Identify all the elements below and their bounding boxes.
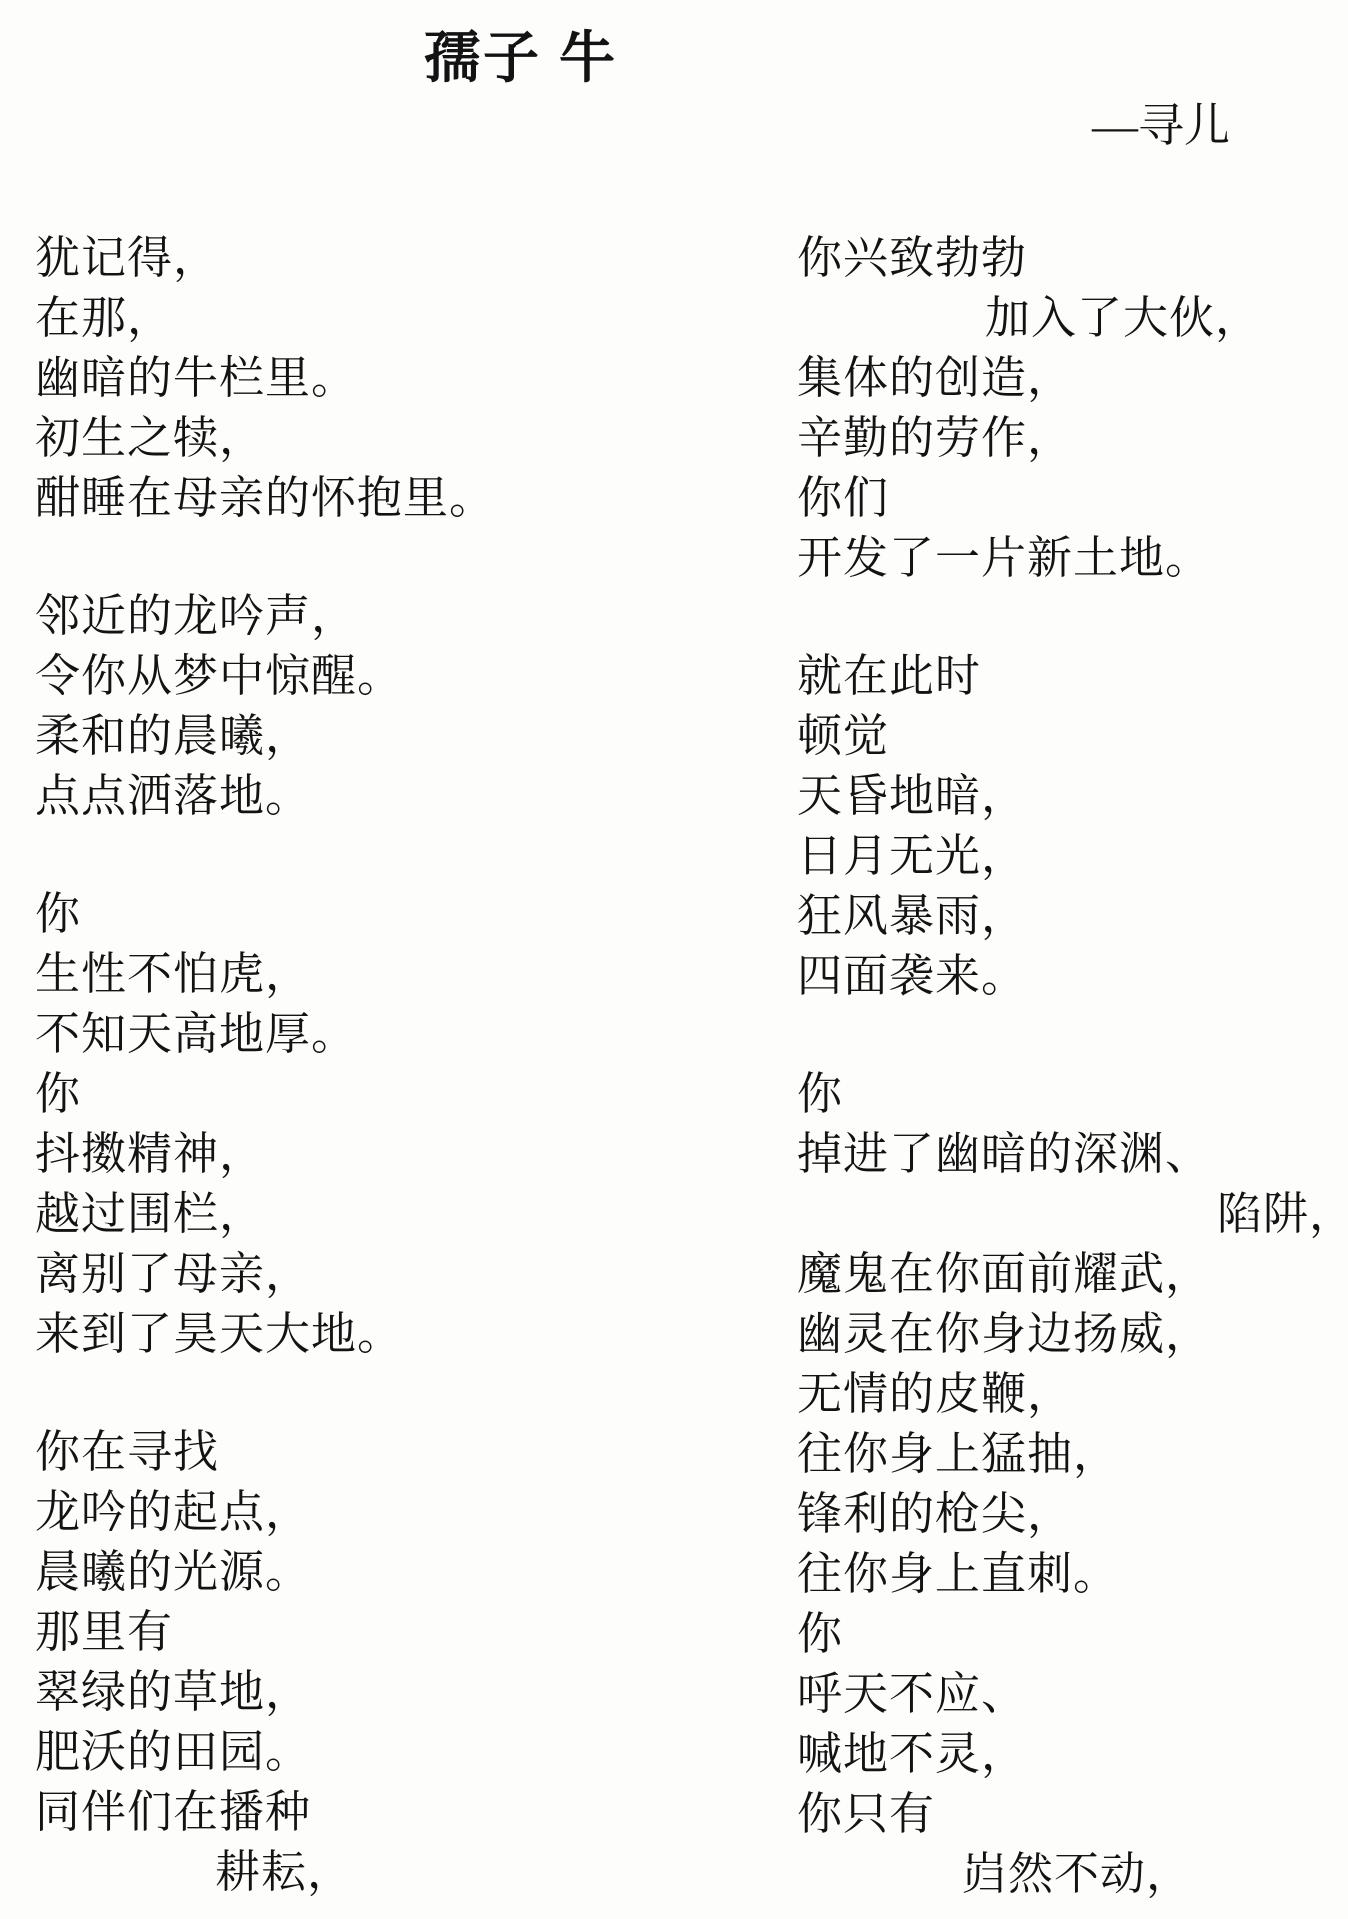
poem-line: 开发了一片新土地。 <box>797 528 1348 588</box>
poem-line: 你 <box>35 1064 495 1124</box>
poem-line: 你只有 <box>797 1784 1348 1844</box>
poem-line: 四面袭来。 <box>797 946 1348 1006</box>
poem-line: 生性不怕虎， <box>35 944 495 1004</box>
poem-line: 邻近的龙吟声， <box>35 586 495 646</box>
poem-line: 辛勤的劳作， <box>797 408 1348 468</box>
poem-line: 酣睡在母亲的怀抱里。 <box>35 468 495 528</box>
poem-line: 加入了大伙， <box>985 288 1348 348</box>
stanza-gap <box>35 1364 495 1422</box>
poem-line: 越过围栏， <box>35 1184 495 1244</box>
poem-line: 你在寻找 <box>35 1422 495 1482</box>
poem-line: 幽灵在你身边扬威， <box>797 1304 1348 1364</box>
poem-line: 你兴致勃勃 <box>797 228 1348 288</box>
stanza-gap <box>797 1006 1348 1064</box>
poem-line: 就在此时 <box>797 646 1348 706</box>
poem-line: 离别了母亲， <box>35 1244 495 1304</box>
poem-line: 抖擞精神， <box>35 1124 495 1184</box>
poem-line: 来到了昊天大地。 <box>35 1304 495 1364</box>
poem-line: 你们 <box>797 468 1348 528</box>
poem-line: 不知天高地厚。 <box>35 1004 495 1064</box>
poem-line: 幽暗的牛栏里。 <box>35 348 495 408</box>
poem-line: 你 <box>35 884 495 944</box>
poem-line: 肥沃的田园。 <box>35 1722 495 1782</box>
poem-line: 呼天不应、 <box>797 1664 1348 1724</box>
poem-line: 无情的皮鞭， <box>797 1364 1348 1424</box>
document-page: 孺子 牛 —寻儿 犹记得，在那，幽暗的牛栏里。初生之犊，酣睡在母亲的怀抱里。邻近… <box>0 0 1348 1919</box>
poem-line: 岿然不动， <box>962 1844 1348 1904</box>
stanza-gap <box>35 826 495 884</box>
poem-line: 魔鬼在你面前耀武， <box>797 1244 1348 1304</box>
poem-line: 令你从梦中惊醒。 <box>35 646 495 706</box>
poem-byline: —寻儿 <box>1092 98 1230 153</box>
poem-line: 往你身上直刺。 <box>797 1544 1348 1604</box>
poem-line: 翠绿的草地， <box>35 1662 495 1722</box>
poem-line: 那里有 <box>35 1602 495 1662</box>
stanza-gap <box>797 588 1348 646</box>
poem-line: 天昏地暗， <box>797 766 1348 826</box>
poem-line: 陷阱， <box>1217 1184 1348 1244</box>
poem-line: 犹记得， <box>35 228 495 288</box>
poem-line: 你 <box>797 1064 1348 1124</box>
poem-line: 龙吟的起点， <box>35 1482 495 1542</box>
poem-title: 孺子 牛 <box>424 26 618 93</box>
poem-line: 掉进了幽暗的深渊、 <box>797 1124 1348 1184</box>
poem-line: 喊地不灵， <box>797 1724 1348 1784</box>
poem-line: 初生之犊， <box>35 408 495 468</box>
poem-line: 狂风暴雨， <box>797 886 1348 946</box>
poem-line: 你 <box>797 1604 1348 1664</box>
poem-line: 耕耘， <box>215 1842 495 1902</box>
poem-line: 顿觉 <box>797 706 1348 766</box>
stanza-gap <box>35 528 495 586</box>
poem-line: 同伴们在播种 <box>35 1782 495 1842</box>
poem-line: 柔和的晨曦， <box>35 706 495 766</box>
poem-line: 晨曦的光源。 <box>35 1542 495 1602</box>
poem-column-right: 你兴致勃勃加入了大伙，集体的创造，辛勤的劳作，你们开发了一片新土地。就在此时顿觉… <box>797 228 1348 1904</box>
poem-line: 集体的创造， <box>797 348 1348 408</box>
poem-line: 在那， <box>35 288 495 348</box>
poem-line: 往你身上猛抽， <box>797 1424 1348 1484</box>
poem-line: 点点洒落地。 <box>35 766 495 826</box>
poem-column-left: 犹记得，在那，幽暗的牛栏里。初生之犊，酣睡在母亲的怀抱里。邻近的龙吟声，令你从梦… <box>35 228 495 1902</box>
poem-line: 日月无光， <box>797 826 1348 886</box>
poem-line: 锋利的枪尖， <box>797 1484 1348 1544</box>
